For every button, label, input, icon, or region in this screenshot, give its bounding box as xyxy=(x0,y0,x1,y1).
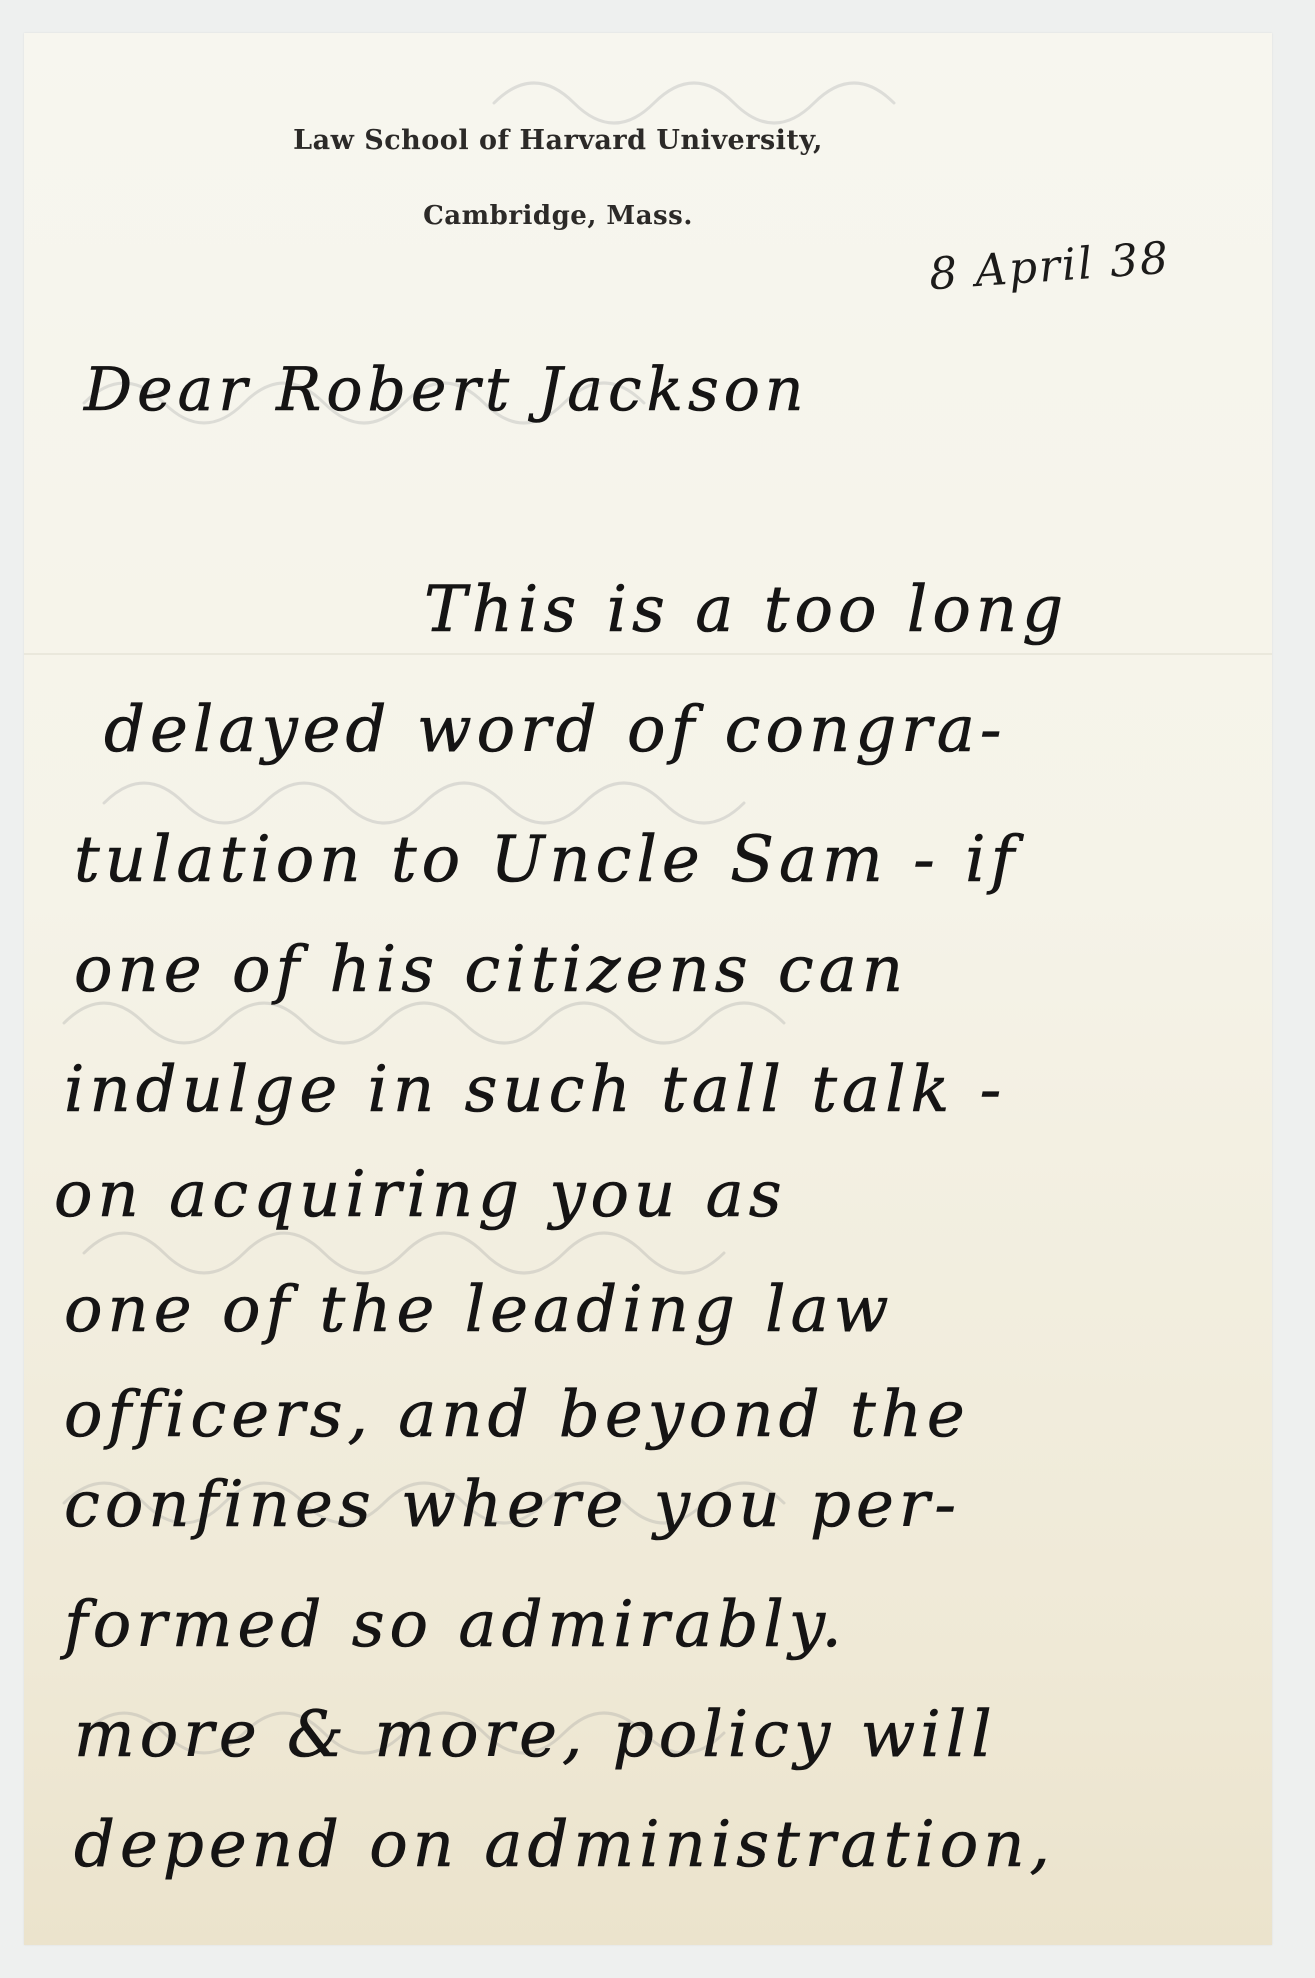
letter-date: 8 April 38 xyxy=(928,233,1172,301)
letter-line: one of the leading law xyxy=(64,1273,894,1347)
letterhead-institution: Law School of Harvard University, xyxy=(0,125,1182,156)
letter-line: confines where you per- xyxy=(64,1468,961,1542)
letter-line: one of his citizens can xyxy=(74,933,908,1007)
letter-line: This is a too long xyxy=(424,573,1068,647)
letter-line: delayed word of congra- xyxy=(104,693,1007,767)
letter-line: tulation to Uncle Sam - if xyxy=(74,823,1019,897)
letter-line: depend on administration, xyxy=(74,1808,1055,1882)
letter-line: on acquiring you as xyxy=(54,1158,787,1232)
letterhead-location: Cambridge, Mass. xyxy=(0,201,1182,231)
salutation: Dear Robert Jackson xyxy=(84,355,809,425)
letter-line: officers, and beyond the xyxy=(64,1378,970,1452)
letter-line: formed so admirably. xyxy=(64,1588,847,1662)
letter-line: more & more, policy will xyxy=(74,1698,997,1772)
letter-line: indulge in such tall talk - xyxy=(64,1053,1006,1127)
paper-fold-line xyxy=(24,653,1272,655)
letter-paper: Law School of Harvard University, Cambri… xyxy=(24,33,1272,1945)
